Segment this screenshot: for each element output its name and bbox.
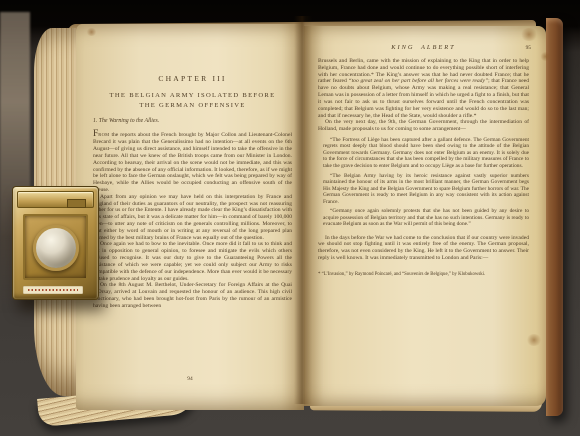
loupe-frame bbox=[23, 214, 88, 280]
open-book: CHAPTER III THE BELGIAN ARMY ISOLATED BE… bbox=[34, 14, 564, 414]
left-page-text-block: CHAPTER III THE BELGIAN ARMY ISOLATED BE… bbox=[93, 74, 292, 310]
paragraph-text: ; that France need have no doubts about … bbox=[318, 78, 529, 118]
loupe-inscription bbox=[23, 286, 83, 294]
brass-loupe bbox=[12, 186, 99, 300]
book-cover-edge bbox=[546, 18, 563, 416]
loupe-latch bbox=[67, 199, 86, 208]
paragraph-opening: FROM the reports about the French brough… bbox=[93, 130, 292, 194]
running-head: KING ALBERT 95 bbox=[318, 44, 529, 51]
quote-paragraph: “The Fortress of Liège has been captured… bbox=[323, 137, 529, 170]
chapter-title-line1: THE BELGIAN ARMY ISOLATED BEFORE bbox=[110, 92, 276, 99]
paragraph: Apart from any opinion we may have held … bbox=[93, 194, 292, 242]
running-head-title: KING ALBERT bbox=[391, 44, 455, 51]
block-quotation: “The Fortress of Liège has been captured… bbox=[323, 137, 529, 228]
book-photograph: CHAPTER III THE BELGIAN ARMY ISOLATED BE… bbox=[0, 0, 580, 436]
footnote: * “L’Invasion,” by Raymond Poincaré, and… bbox=[318, 272, 529, 278]
small-caps: ROM bbox=[98, 132, 109, 137]
page-number-left: 94 bbox=[76, 376, 304, 382]
chapter-title-line2: THE GERMAN OFFENSIVE bbox=[139, 102, 245, 109]
paragraph: Once again we had to bow to the inevitab… bbox=[93, 241, 292, 282]
quote-paragraph: “Germany once again solemnly protests th… bbox=[323, 208, 529, 228]
quote-paragraph: “The Belgian Army having by its heroic r… bbox=[323, 173, 529, 206]
left-page: CHAPTER III THE BELGIAN ARMY ISOLATED BE… bbox=[76, 24, 304, 410]
section-heading: 1. The Warning to the Allies. bbox=[93, 118, 292, 124]
paragraph-text: the reports about the French brought by … bbox=[93, 132, 292, 193]
paragraph: On the very next day, the 9th, the Germa… bbox=[318, 119, 529, 133]
chapter-title: THE BELGIAN ARMY ISOLATED BEFORE THE GER… bbox=[93, 91, 292, 111]
paragraph: In the days before the War we had come t… bbox=[318, 235, 529, 262]
italic-quotation: “too great zeal on her part before all h… bbox=[349, 78, 489, 84]
page-number-right: 95 bbox=[526, 45, 531, 51]
right-page: KING ALBERT 95 Brussels and Berlin, came… bbox=[304, 26, 546, 406]
paragraph: Brussels and Berlin, came with the missi… bbox=[318, 58, 529, 119]
right-page-text-block: KING ALBERT 95 Brussels and Berlin, came… bbox=[318, 44, 529, 278]
loupe-hinge bbox=[17, 191, 94, 208]
paragraph: On the 8th August M. Berthelot, Under-Se… bbox=[93, 282, 292, 309]
chapter-heading: CHAPTER III bbox=[93, 74, 292, 83]
loupe-lens bbox=[33, 225, 79, 271]
